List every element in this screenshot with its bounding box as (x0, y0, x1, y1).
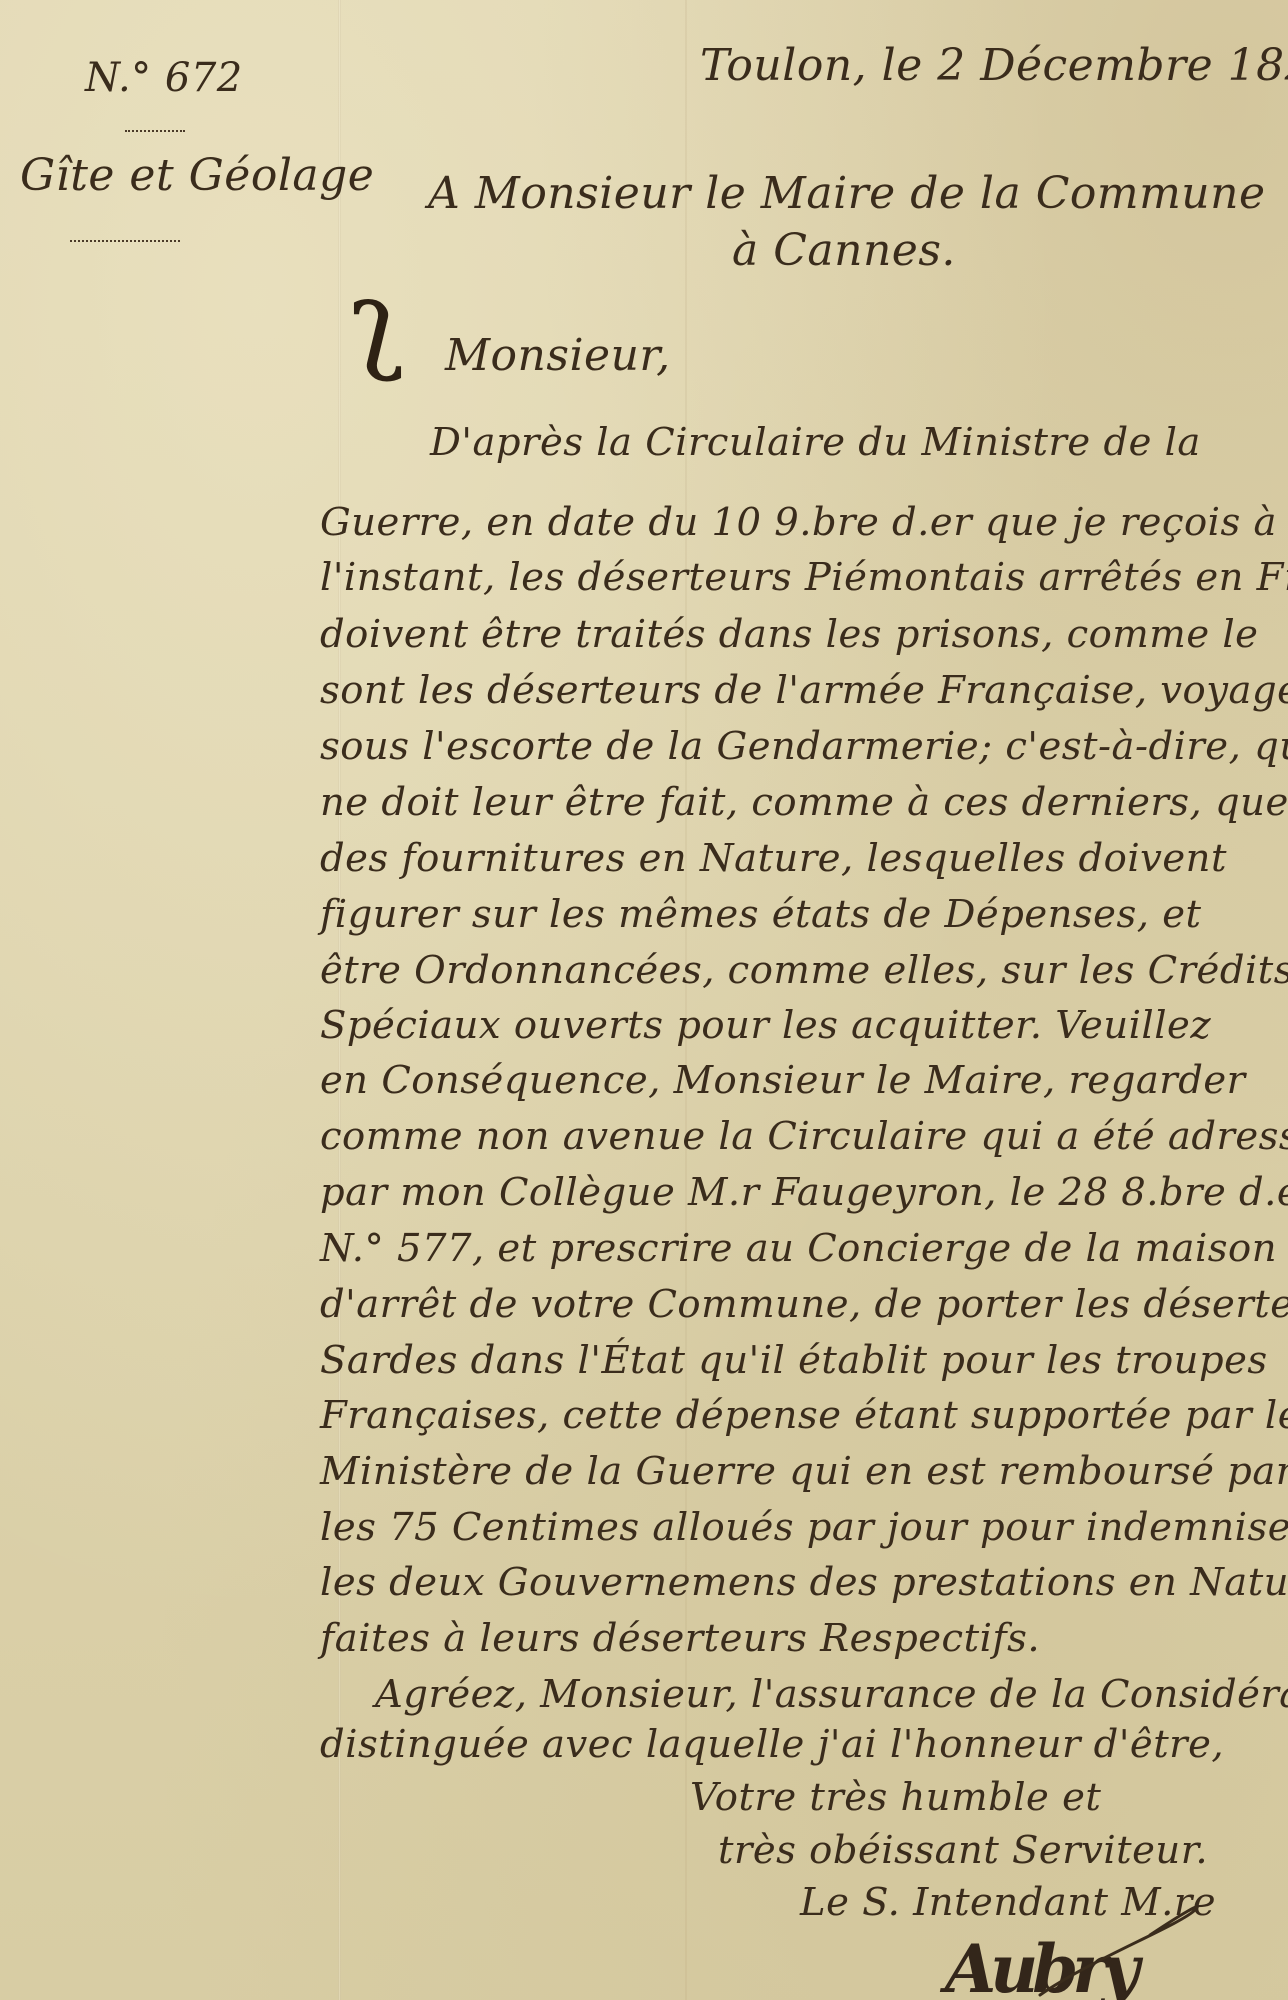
body-line: N.° 577, et prescrire au Concierge de la… (320, 1226, 1277, 1271)
addressee-line-2: à Cannes. (732, 225, 956, 276)
salutation: ʅ Monsieur, (445, 330, 671, 381)
body-line: Françaises, cette dépense étant supporté… (320, 1393, 1288, 1438)
body-line: comme non avenue la Circulaire qui a été… (320, 1114, 1288, 1159)
body-line: les 75 Centimes alloués par jour pour in… (320, 1505, 1288, 1550)
signature-flourish-icon (1030, 1905, 1210, 2000)
calligraphic-flourish-icon: ʅ (350, 255, 404, 383)
body-line: figurer sur les mêmes états de Dépenses,… (320, 892, 1201, 937)
body-line: Guerre, en date du 10 9.bre d.er que je … (320, 500, 1277, 545)
letter-page: N.° 672 Gîte et Géolage Toulon, le 2 Déc… (0, 0, 1288, 2000)
place-date: Toulon, le 2 Décembre 1821. (700, 40, 1288, 91)
body-line: d'arrêt de votre Commune, de porter les … (320, 1282, 1288, 1327)
body-line: doivent être traités dans les prisons, c… (320, 612, 1258, 657)
body-line: les deux Gouvernemens des prestations en… (320, 1560, 1288, 1605)
body-line: ne doit leur être fait, comme à ces dern… (320, 780, 1288, 825)
body-line: être Ordonnancées, comme elles, sur les … (320, 948, 1288, 993)
reference-underline (125, 130, 185, 132)
body-line: l'instant, les déserteurs Piémontais arr… (320, 555, 1288, 600)
closing-line-2: distinguée avec laquelle j'ai l'honneur … (320, 1722, 1224, 1767)
addressee-line-1: A Monsieur le Maire de la Commune (428, 168, 1266, 219)
body-line: par mon Collègue M.r Faugeyron, le 28 8.… (320, 1170, 1288, 1215)
body-line: des fournitures en Nature, lesquelles do… (320, 836, 1227, 881)
closing-line-1: Agréez, Monsieur, l'assurance de la Cons… (375, 1672, 1288, 1717)
body-line: sous l'escorte de la Gendarmerie; c'est-… (320, 724, 1288, 769)
paper-fold-crease (338, 0, 341, 2000)
body-line: sont les déserteurs de l'armée Française… (320, 668, 1288, 713)
body-line: faites à leurs déserteurs Respectifs. (320, 1616, 1040, 1661)
reference-subject: Gîte et Géolage (20, 150, 374, 201)
body-line: Ministère de la Guerre qui en est rembou… (320, 1449, 1288, 1494)
subject-underline (70, 240, 180, 242)
body-line: Sardes dans l'État qu'il établit pour le… (320, 1338, 1268, 1383)
reference-number: N.° 672 (85, 55, 243, 101)
closing-line-3: Votre très humble et (690, 1775, 1101, 1820)
closing-line-4: très obéissant Serviteur. (718, 1828, 1208, 1873)
body-line: D'après la Circulaire du Ministre de la (430, 420, 1201, 465)
salutation-text: Monsieur, (445, 330, 671, 381)
body-line: Spéciaux ouverts pour les acquitter. Veu… (320, 1003, 1211, 1048)
body-line: en Conséquence, Monsieur le Maire, regar… (320, 1058, 1246, 1103)
